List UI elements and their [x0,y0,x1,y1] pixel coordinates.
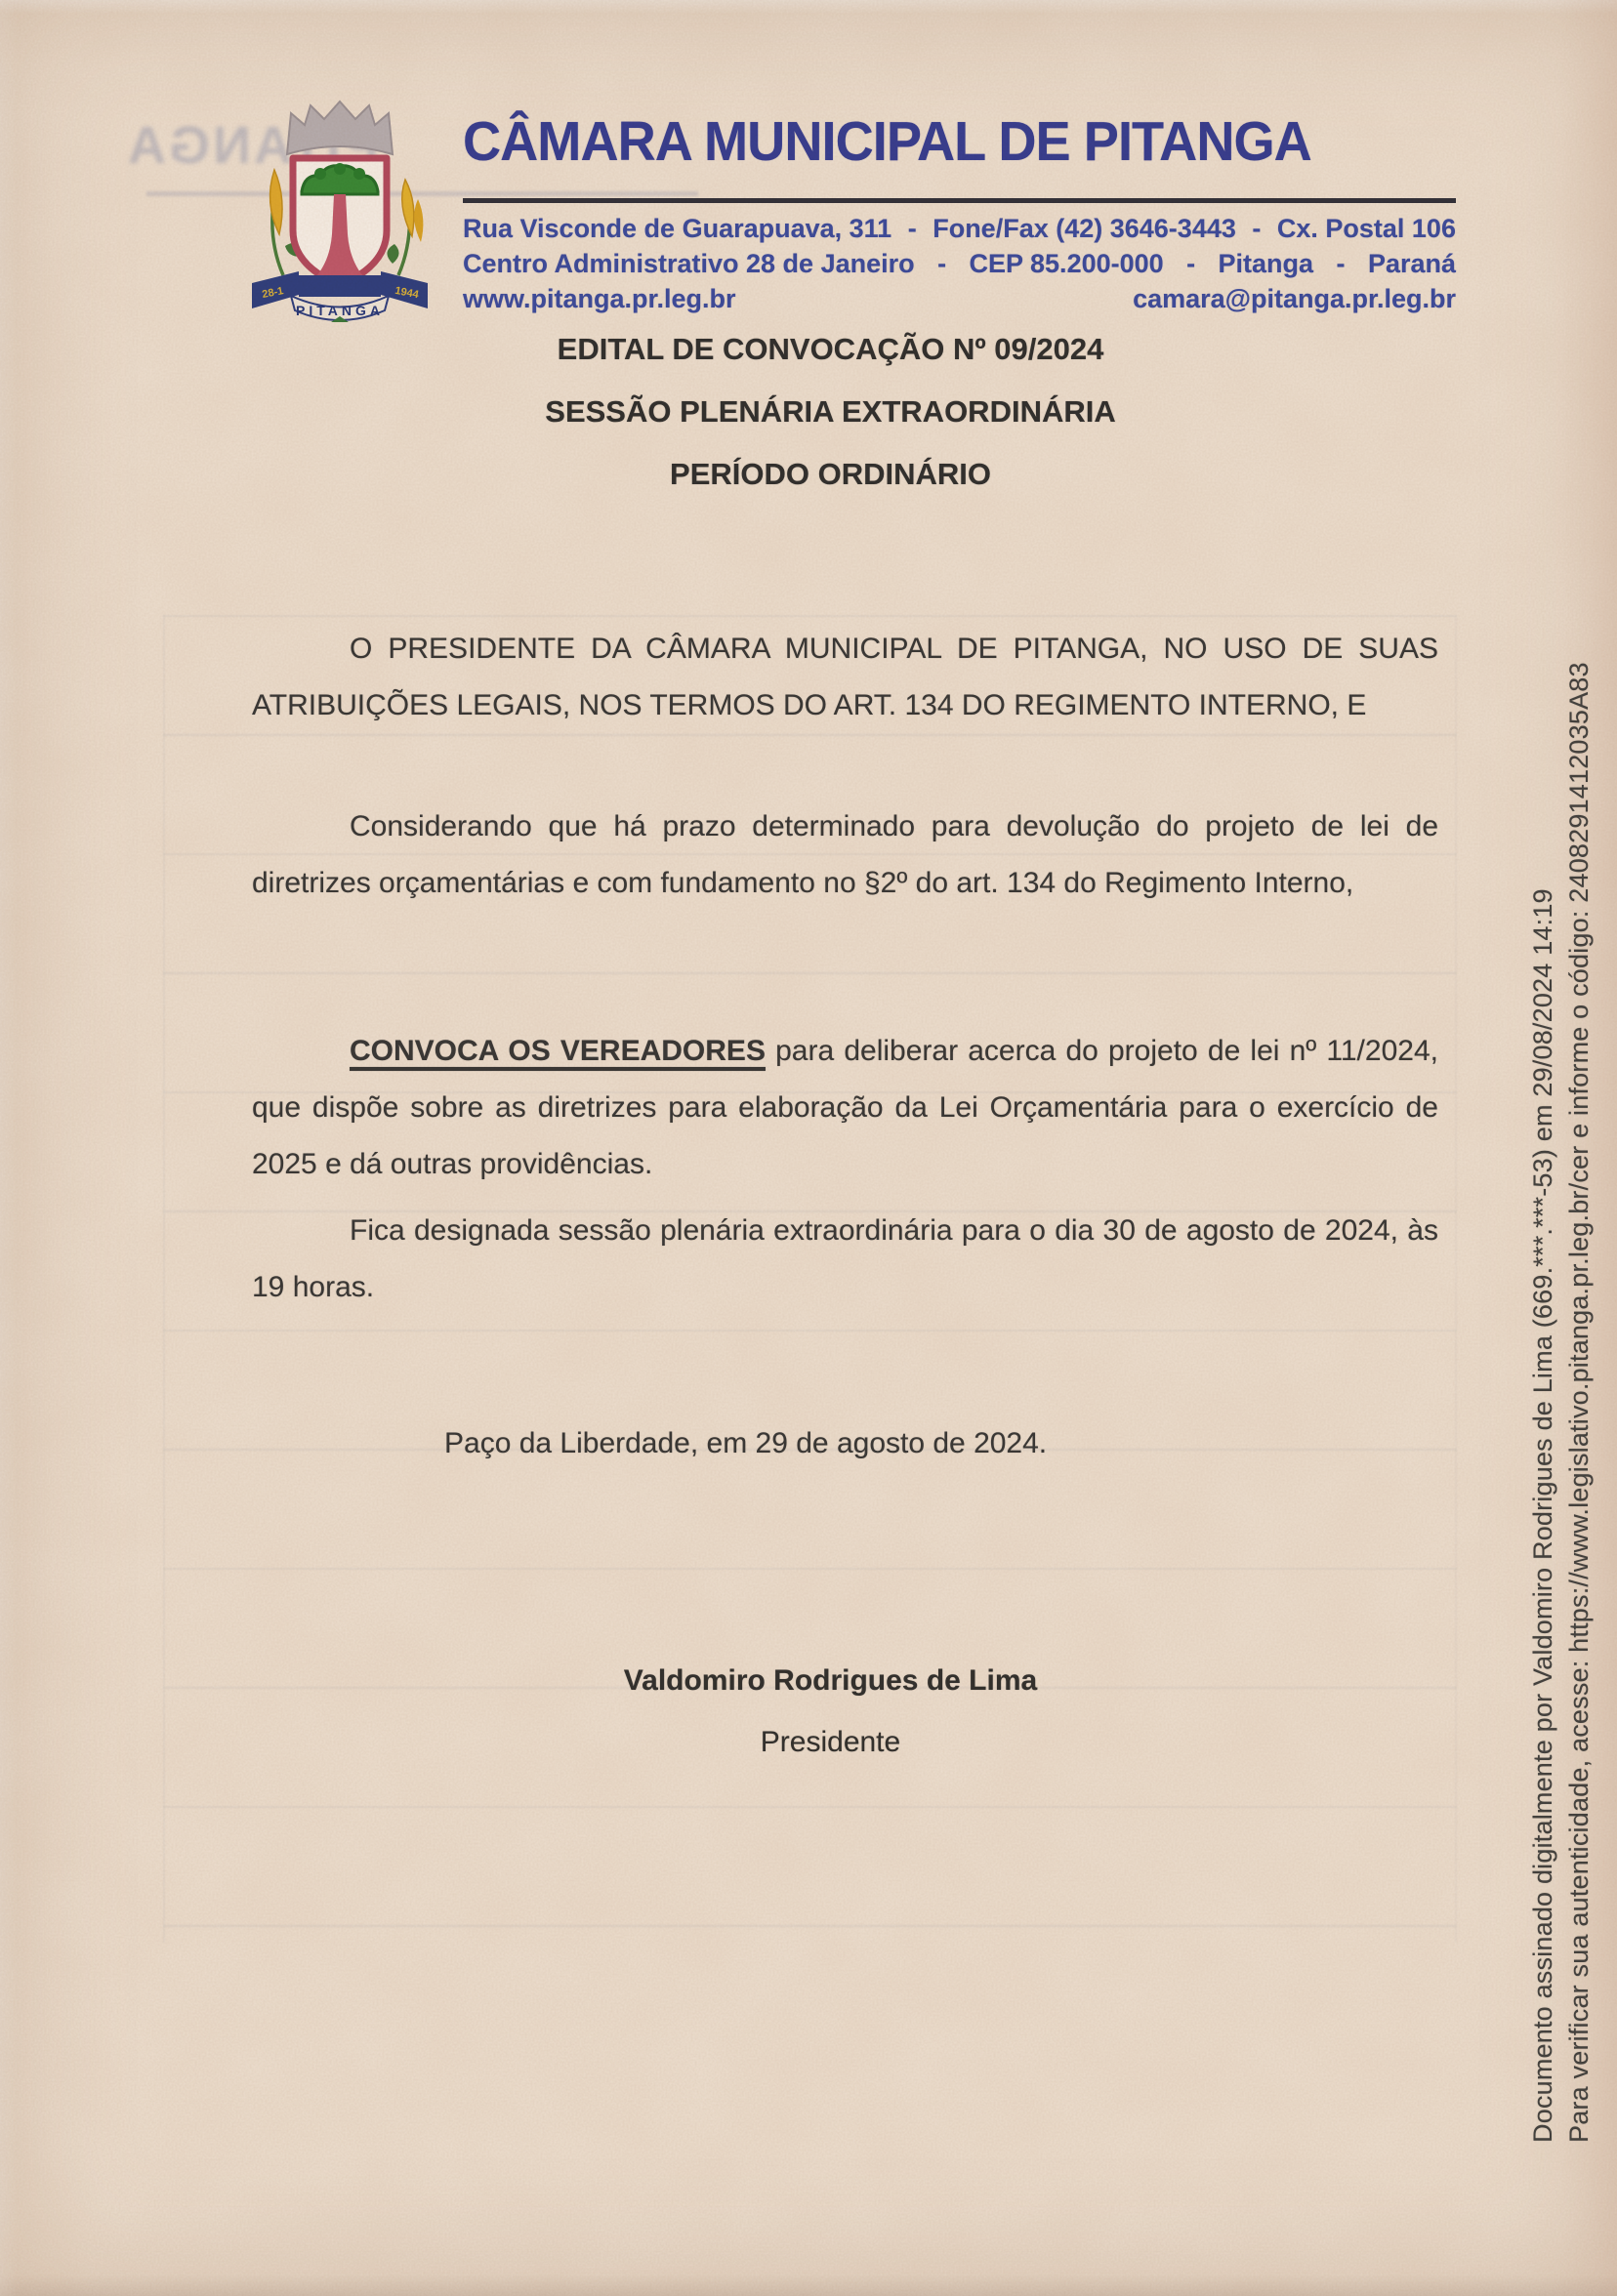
paragraph-convocacao: CONVOCA OS VEREADORES para deliberar ace… [252,1023,1438,1193]
admin-center: Centro Administrativo 28 de Janeiro [463,246,915,281]
digital-signature-stamp: Documento assinado digitalmente por Vald… [1525,581,1597,2143]
paragraph-considerando: Considerando que há prazo determinado pa… [252,799,1438,912]
org-name: CÂMARA MUNICIPAL DE PITANGA [463,109,1311,174]
signature-name: Valdomiro Rodrigues de Lima [237,1664,1424,1698]
paragraph-designacao: Fica designada sessão plenária extraordi… [252,1203,1438,1316]
document-title: EDITAL DE CONVOCAÇÃO Nº 09/2024 [237,332,1424,367]
ribbon-city-name: PITANGA [296,303,384,318]
street-address: Rua Visconde de Guarapuava, 311 [463,211,891,246]
coat-of-arms-logo: 28-1 1944 PITANGA [230,88,450,322]
separator: - [908,211,917,246]
separator: - [1337,246,1346,281]
dateline: Paço da Liberdade, em 29 de agosto de 20… [444,1427,1047,1460]
address-line-3: www.pitanga.pr.leg.br camara@pitanga.pr.… [463,281,1456,316]
separator: - [937,246,946,281]
header-address-block: Rua Visconde de Guarapuava, 311 - Fone/F… [463,211,1456,316]
ribbon-banner-icon: 28-1 1944 PITANGA [252,271,428,322]
corn-icon [387,180,423,275]
digital-signature-line-1: Documento assinado digitalmente por Vald… [1525,581,1561,2143]
separator: - [1252,211,1261,246]
convoca-emphasis: CONVOCA OS VEREADORES [350,1035,766,1067]
city: Pitanga [1219,246,1314,281]
mural-crown-icon [287,102,393,154]
document-subtitle-period: PERÍODO ORDINÁRIO [237,457,1424,492]
document-subtitle-session: SESSÃO PLENÁRIA EXTRAORDINÁRIA [237,394,1424,430]
website-url: www.pitanga.pr.leg.br [463,281,736,316]
state: Paraná [1368,246,1456,281]
digital-signature-line-2: Para verificar sua autenticidade, acesse… [1561,581,1597,2143]
paragraph-preamble: O PRESIDENTE DA CÂMARA MUNICIPAL DE PITA… [252,621,1438,734]
pitanga-coat-of-arms-icon: 28-1 1944 PITANGA [230,88,450,322]
postal-code: CEP 85.200-000 [970,246,1164,281]
scanned-document-page: PITANGA [0,0,1617,2296]
separator: - [1186,246,1195,281]
phone-fax: Fone/Fax (42) 3646-3443 [933,211,1236,246]
address-line-1: Rua Visconde de Guarapuava, 311 - Fone/F… [463,211,1456,246]
address-line-2: Centro Administrativo 28 de Janeiro - CE… [463,246,1456,281]
signature-role: Presidente [237,1726,1424,1759]
po-box: Cx. Postal 106 [1277,211,1456,246]
header-divider [463,198,1456,203]
email-address: camara@pitanga.pr.leg.br [1133,281,1456,316]
